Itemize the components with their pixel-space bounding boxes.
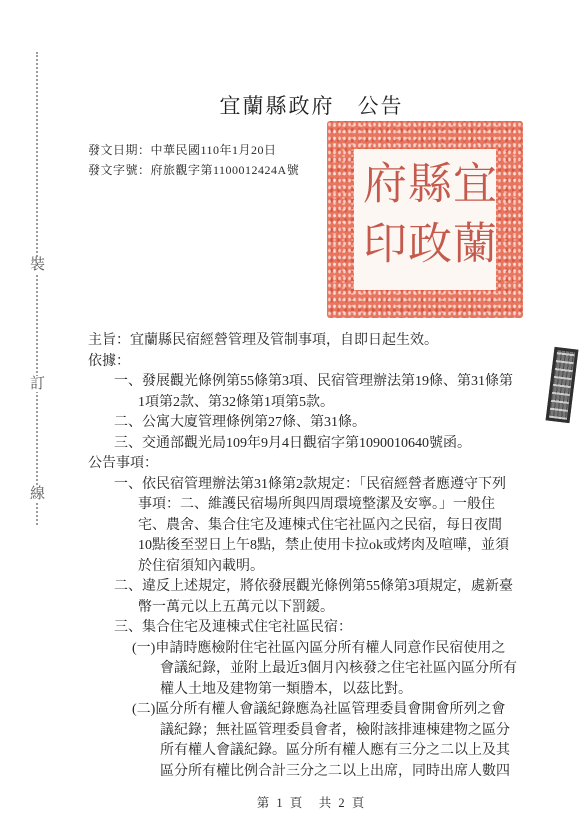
document-meta: 發文日期：中華民國110年1月20日 發文字號：府旅觀字第1100012424A… — [88, 140, 299, 180]
page-title: 宜蘭縣政府 公告 — [88, 90, 535, 120]
body-line: (一)申請時應檢附住宅社區內區分所有權人同意作民宿使用之 — [88, 639, 548, 660]
official-seal-stamp: 宜蘭 縣政 府印 — [327, 121, 523, 318]
binding-dotted-line — [36, 52, 38, 525]
body-line: 三、集合住宅及連棟式住宅社區民宿： — [88, 618, 548, 639]
body-line: 會議紀錄，並附上最近3個月內核發之住宅社區內區分所有 — [88, 659, 548, 680]
binding-mark-zhuang: 裝 — [29, 257, 46, 273]
official-seal-characters: 宜蘭 縣政 府印 — [354, 149, 496, 290]
binding-mark-xian: 線 — [29, 486, 46, 502]
body-line: 三、交通部觀光局109年9月4日觀宿字第1090010640號函。 — [88, 434, 548, 455]
body-line: 公告事項： — [88, 454, 548, 475]
body-line: 於住宿須知內載明。 — [88, 557, 548, 578]
body-line: 1項第2款、第32條第1項第5款。 — [88, 393, 548, 414]
announcement-body: 主旨：宜蘭縣民宿經營管理及管制事項，自即日起生效。 依據： 一、發展觀光條例第5… — [88, 331, 548, 782]
body-line: 權人土地及建物第一類謄本，以茲比對。 — [88, 680, 548, 701]
body-line: 主旨：宜蘭縣民宿經營管理及管制事項，自即日起生效。 — [88, 331, 548, 352]
issue-number: 發文字號：府旅觀字第1100012424A號 — [88, 160, 299, 180]
body-line: 一、發展觀光條例第55條第3項、民宿管理辦法第19條、第31條第 — [88, 372, 548, 393]
seal-column-middle: 縣政 — [403, 160, 447, 280]
body-line: 所有權人會議紀錄。區分所有權人應有三分之二以上及其 — [88, 741, 548, 762]
body-line: 二、違反上述規定，將依發展觀光條例第55條第3項規定，處新臺 — [88, 577, 548, 598]
body-line: 依據： — [88, 352, 548, 373]
body-line: 議紀錄；無社區管理委員會者，檢附該排連棟建物之區分 — [88, 721, 548, 742]
issue-date: 發文日期：中華民國110年1月20日 — [88, 140, 299, 160]
body-line: 宅、農舍、集合住宅及連棟式住宅社區內之民宿，每日夜間 — [88, 516, 548, 537]
body-line: 10點後至翌日上午8點，禁止使用卡拉ok或烤肉及喧嘩，並須 — [88, 536, 548, 557]
seal-column-left: 府印 — [358, 160, 402, 280]
page-number: 第 1 頁 共 2 頁 — [88, 793, 535, 811]
binding-mark-ding: 訂 — [29, 376, 46, 392]
body-line: 幣一萬元以上五萬元以下罰鍰。 — [88, 598, 548, 619]
seal-column-right: 宜蘭 — [448, 160, 492, 280]
body-line: 事項：二、維護民宿場所與四周環境整潔及安寧。」一般住 — [88, 495, 548, 516]
body-line: 二、公寓大廈管理條例第27條、第31條。 — [88, 413, 548, 434]
document-page: 裝 訂 線 宜蘭縣政府 公告 發文日期：中華民國110年1月20日 發文字號：府… — [0, 0, 582, 829]
body-line: (二)區分所有權人會議紀錄應為社區管理委員會開會所列之會 — [88, 700, 548, 721]
edge-receipt-stamp — [546, 347, 579, 423]
body-line: 區分所有權比例合計三分之二以上出席，同時出席人數四 — [88, 762, 548, 783]
body-line: 一、依民宿管理辦法第31條第2款規定：「民宿經營者應遵守下列 — [88, 475, 548, 496]
